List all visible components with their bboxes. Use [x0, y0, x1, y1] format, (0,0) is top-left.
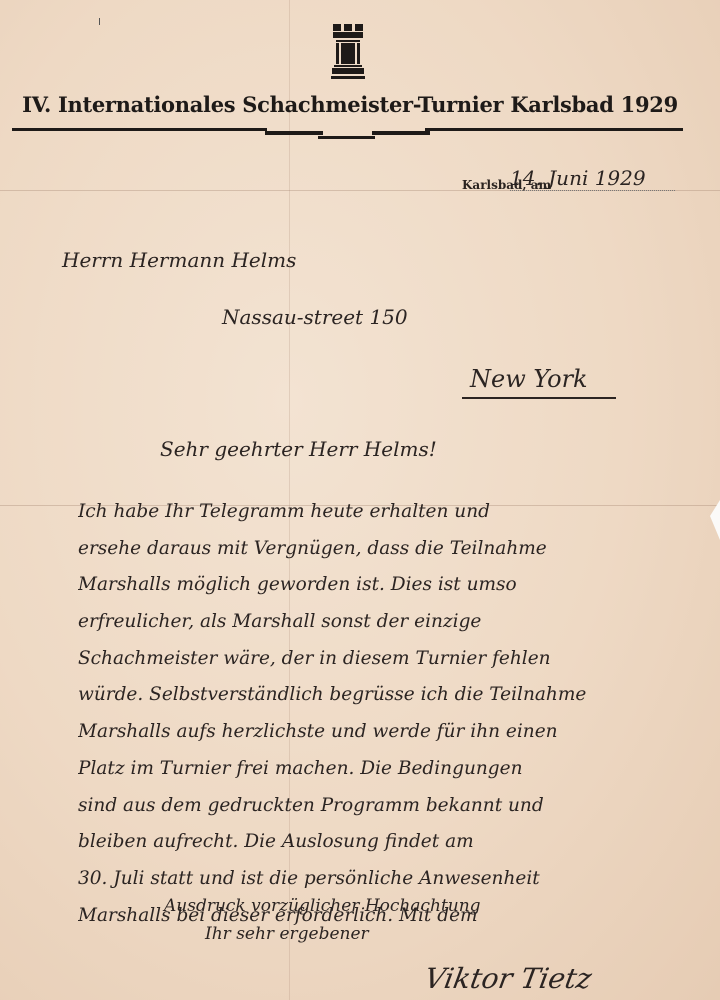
letterhead-title: IV. Internationales Schachmeister-Turnie…: [20, 92, 680, 117]
recipient-street: Nassau-street 150: [222, 305, 408, 329]
closing-line: Ihr sehr ergebener: [205, 924, 369, 944]
body-line: sind aus dem gedruckten Programm bekannt…: [78, 788, 698, 825]
letter-body: Ich habe Ihr Telegramm heute erhalten un…: [78, 494, 698, 934]
torn-edge: [710, 500, 720, 540]
body-line: erfreulicher, als Marshall sonst der ein…: [78, 604, 698, 641]
body-line: Marshalls aufs herzlichste und werde für…: [78, 714, 698, 751]
chess-rook-icon: [331, 24, 365, 80]
handwritten-date: 14. Juni 1929: [510, 166, 675, 191]
salutation: Sehr geehrter Herr Helms!: [160, 437, 437, 461]
recipient-name: Herrn Hermann Helms: [62, 248, 296, 272]
body-line: bleiben aufrecht. Die Auslosung findet a…: [78, 824, 698, 861]
letterhead-rule: [265, 131, 323, 135]
letterhead-rule: [318, 136, 375, 139]
letterhead-rule: [12, 128, 267, 131]
letterhead-rule: [372, 131, 430, 135]
body-line: Platz im Turnier frei machen. Die Beding…: [78, 751, 698, 788]
signature: Viktor Tietz: [422, 962, 594, 995]
body-line: Ich habe Ihr Telegramm heute erhalten un…: [78, 494, 698, 531]
body-line: Marshalls möglich geworden ist. Dies ist…: [78, 567, 698, 604]
city-underline: [462, 397, 616, 399]
body-line: würde. Selbstverständlich begrüsse ich d…: [78, 677, 698, 714]
ink-mark: [99, 18, 100, 25]
body-line: ersehe daraus mit Vergnügen, dass die Te…: [78, 531, 698, 568]
closing-line: Ausdruck vorzüglicher Hochachtung: [164, 896, 481, 916]
recipient-city: New York: [470, 365, 588, 393]
body-line: 30. Juli statt und ist die persönliche A…: [78, 861, 698, 898]
date-text: 14. Juni 1929: [510, 166, 646, 190]
letterhead-rule: [425, 128, 683, 131]
body-line: Schachmeister wäre, der in diesem Turnie…: [78, 641, 698, 678]
